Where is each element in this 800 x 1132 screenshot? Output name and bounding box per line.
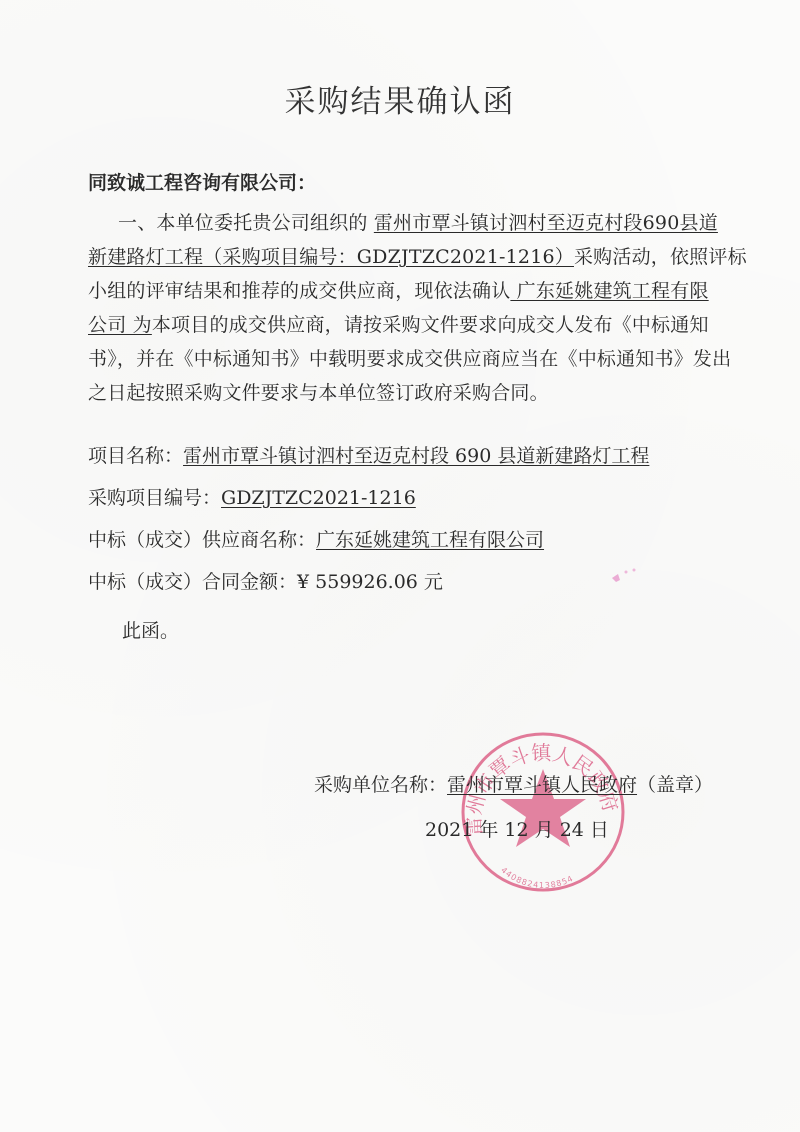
field-value: 广东延姚建筑工程有限公司 <box>316 529 544 551</box>
signer-label: 采购单位名称： <box>314 774 447 796</box>
body-text: 采购活动，依照评标 <box>574 246 747 268</box>
body-text: 本项目的成交供应商，请按采购文件要求向成交人发布《中标通知 <box>152 314 709 336</box>
body-line-6: 之日起按照采购文件要求与本单位签订政府采购合同。 <box>88 381 718 405</box>
field-value: GDZJTZC2021-1216 <box>221 487 416 509</box>
field-value: ¥ 559926.06 元 <box>297 571 443 593</box>
closing-text: 此函。 <box>122 616 179 643</box>
addressee: 同致诚工程咨询有限公司： <box>88 168 316 195</box>
body-line-1: 一、本单位委托贵公司组织的 雷州市覃斗镇讨泗村至迈克村段690县道 <box>118 211 748 235</box>
field-label: 项目名称： <box>88 445 183 467</box>
ink-smudge <box>608 568 638 584</box>
field-project-number: 采购项目编号：GDZJTZC2021-1216 <box>88 483 416 510</box>
field-label: 中标（成交）供应商名称： <box>88 529 316 551</box>
body-line-4: 公司 为本项目的成交供应商，请按采购文件要求向成交人发布《中标通知 <box>88 313 718 337</box>
field-label: 采购项目编号： <box>88 487 221 509</box>
body-line-3: 小组的评审结果和推荐的成交供应商，现依法确认 广东延姚建筑工程有限 <box>88 279 718 303</box>
official-seal-icon: 雷州市覃斗镇人民政府 4408824138854 <box>455 727 630 892</box>
project-name-inline: 雷州市覃斗镇讨泗村至迈克村段690县道 <box>374 212 718 234</box>
document-title: 采购结果确认函 <box>0 76 800 121</box>
body-line-5: 书》，并在《中标通知书》中载明要求成交供应商应当在《中标通知书》发出 <box>88 347 718 371</box>
body-text: 小组的评审结果和推荐的成交供应商，现依法确认 <box>88 280 510 302</box>
supplier-inline: 广东延姚建筑工程有限 <box>510 280 708 302</box>
field-project-name: 项目名称：雷州市覃斗镇讨泗村至迈克村段 690 县道新建路灯工程 <box>88 441 649 468</box>
document-page: 采购结果确认函 同致诚工程咨询有限公司： 一、本单位委托贵公司组织的 雷州市覃斗… <box>0 0 800 1132</box>
field-contract-amount: 中标（成交）合同金额：¥ 559926.06 元 <box>88 567 443 594</box>
body-text: 一、本单位委托贵公司组织的 <box>118 212 374 234</box>
field-supplier: 中标（成交）供应商名称：广东延姚建筑工程有限公司 <box>88 525 544 552</box>
supplier-inline-cont: 公司 为 <box>88 314 152 336</box>
signature-date: 2021 年 12 月 24 日 <box>425 815 609 842</box>
signer-value: 雷州市覃斗镇人民政府 <box>447 774 637 796</box>
svg-text:4408824138854: 4408824138854 <box>499 865 575 890</box>
body-line-2: 新建路灯工程（采购项目编号：GDZJTZC2021-1216）采购活动，依照评标 <box>88 245 718 269</box>
field-value: 雷州市覃斗镇讨泗村至迈克村段 690 县道新建路灯工程 <box>183 445 649 467</box>
project-name-inline-cont: 新建路灯工程（采购项目编号：GDZJTZC2021-1216） <box>88 246 574 268</box>
seal-note: （盖章） <box>637 774 713 796</box>
field-label: 中标（成交）合同金额： <box>88 571 297 593</box>
purchasing-unit: 采购单位名称：雷州市覃斗镇人民政府（盖章） <box>314 770 713 797</box>
